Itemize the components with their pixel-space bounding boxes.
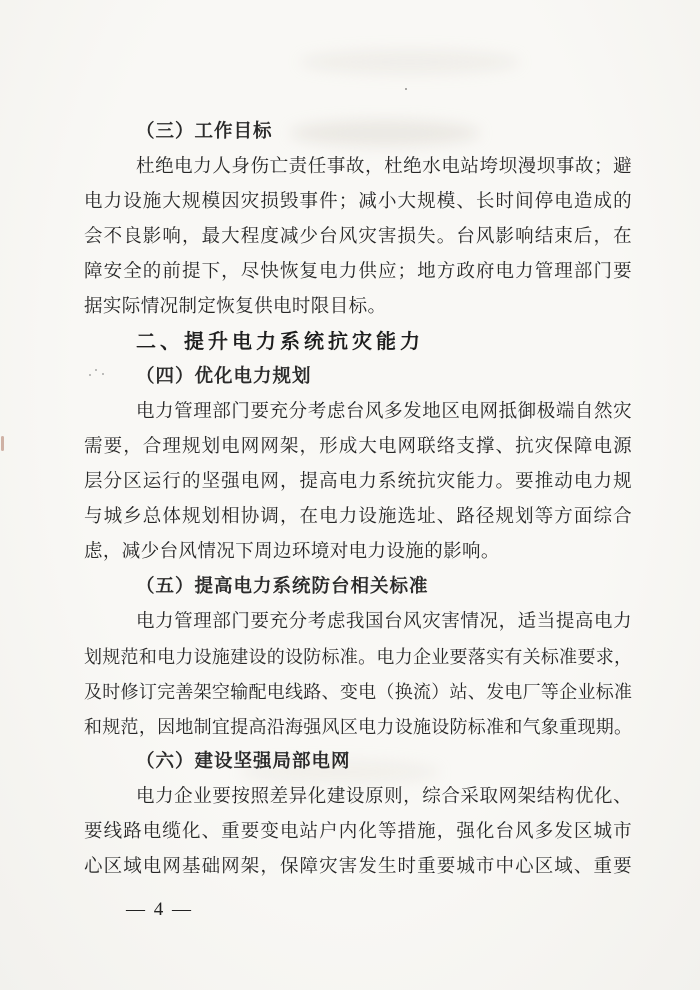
heading-section-four: （四）优化电力规划 [84, 360, 632, 395]
heading-section-three: （三）工作目标 [84, 115, 632, 150]
text-line: 电力设施大规模因灾损毁事件；减小大规模、长时间停电造成的社 [84, 185, 632, 220]
text-line: 心区域电网基础网架，保障灾害发生时重要城市中心区域、重要电 [84, 850, 632, 885]
text-line: 会不良影响，最大程度减少台风灾害损失。台风影响结束后，在保 [84, 220, 632, 255]
heading-section-six: （六）建设坚强局部电网 [84, 745, 632, 780]
text-line: 电力管理部门要充分考虑台风多发地区电网抵御极端自然灾害 [84, 395, 632, 430]
text-line: 和规范，因地制宜提高沿海强风区电力设施设防标准和气象重现期。 [84, 710, 632, 745]
text-line: 需要，合理规划电网网架，形成大电网联络支撑、抗灾保障电源分 [84, 430, 632, 465]
page-number: — 4 — [126, 898, 193, 922]
text-line: 及时修订完善架空输配电线路、变电（换流）站、发电厂等企业标准 [84, 675, 632, 710]
text-line: 障安全的前提下，尽快恢复电力供应；地方政府电力管理部门要根 [84, 255, 632, 290]
text-line: 要线路电缆化、重要变电站户内化等措施，强化台风多发区城市中 [84, 815, 632, 850]
text-line: 电力管理部门要充分考虑我国台风灾害情况，适当提高电力规 [84, 605, 632, 640]
text-line: 层分区运行的坚强电网，提高电力系统抗灾能力。要推动电力规划 [84, 465, 632, 500]
heading-section-five: （五）提高电力系统防台相关标准 [84, 570, 632, 605]
text-line: 与城乡总体规划相协调，在电力设施选址、路径规划等方面综合考 [84, 500, 632, 535]
document-body: （三）工作目标 杜绝电力人身伤亡责任事故，杜绝水电站垮坝漫坝事故；避免 电力设施… [84, 115, 632, 885]
text-line: 据实际情况制定恢复供电时限目标。 [84, 290, 632, 325]
scanned-document-page: { "document": { "lines": [ "（三）工作目标", "杜… [0, 0, 700, 990]
scan-smudge [300, 50, 520, 74]
text-line: 杜绝电力人身伤亡责任事故，杜绝水电站垮坝漫坝事故；避免 [84, 150, 632, 185]
text-line: 划规范和电力设施建设的设防标准。电力企业要落实有关标准要求， [84, 640, 632, 675]
heading-part-two: 二、提升电力系统抗灾能力 [84, 325, 632, 360]
text-line: 电力企业要按照差异化建设原则，综合采取网架结构优化、重 [84, 780, 632, 815]
scan-speck [405, 88, 407, 90]
text-line: 虑，减少台风情况下周边环境对电力设施的影响。 [84, 535, 632, 570]
scan-edge-mark [1, 436, 4, 451]
